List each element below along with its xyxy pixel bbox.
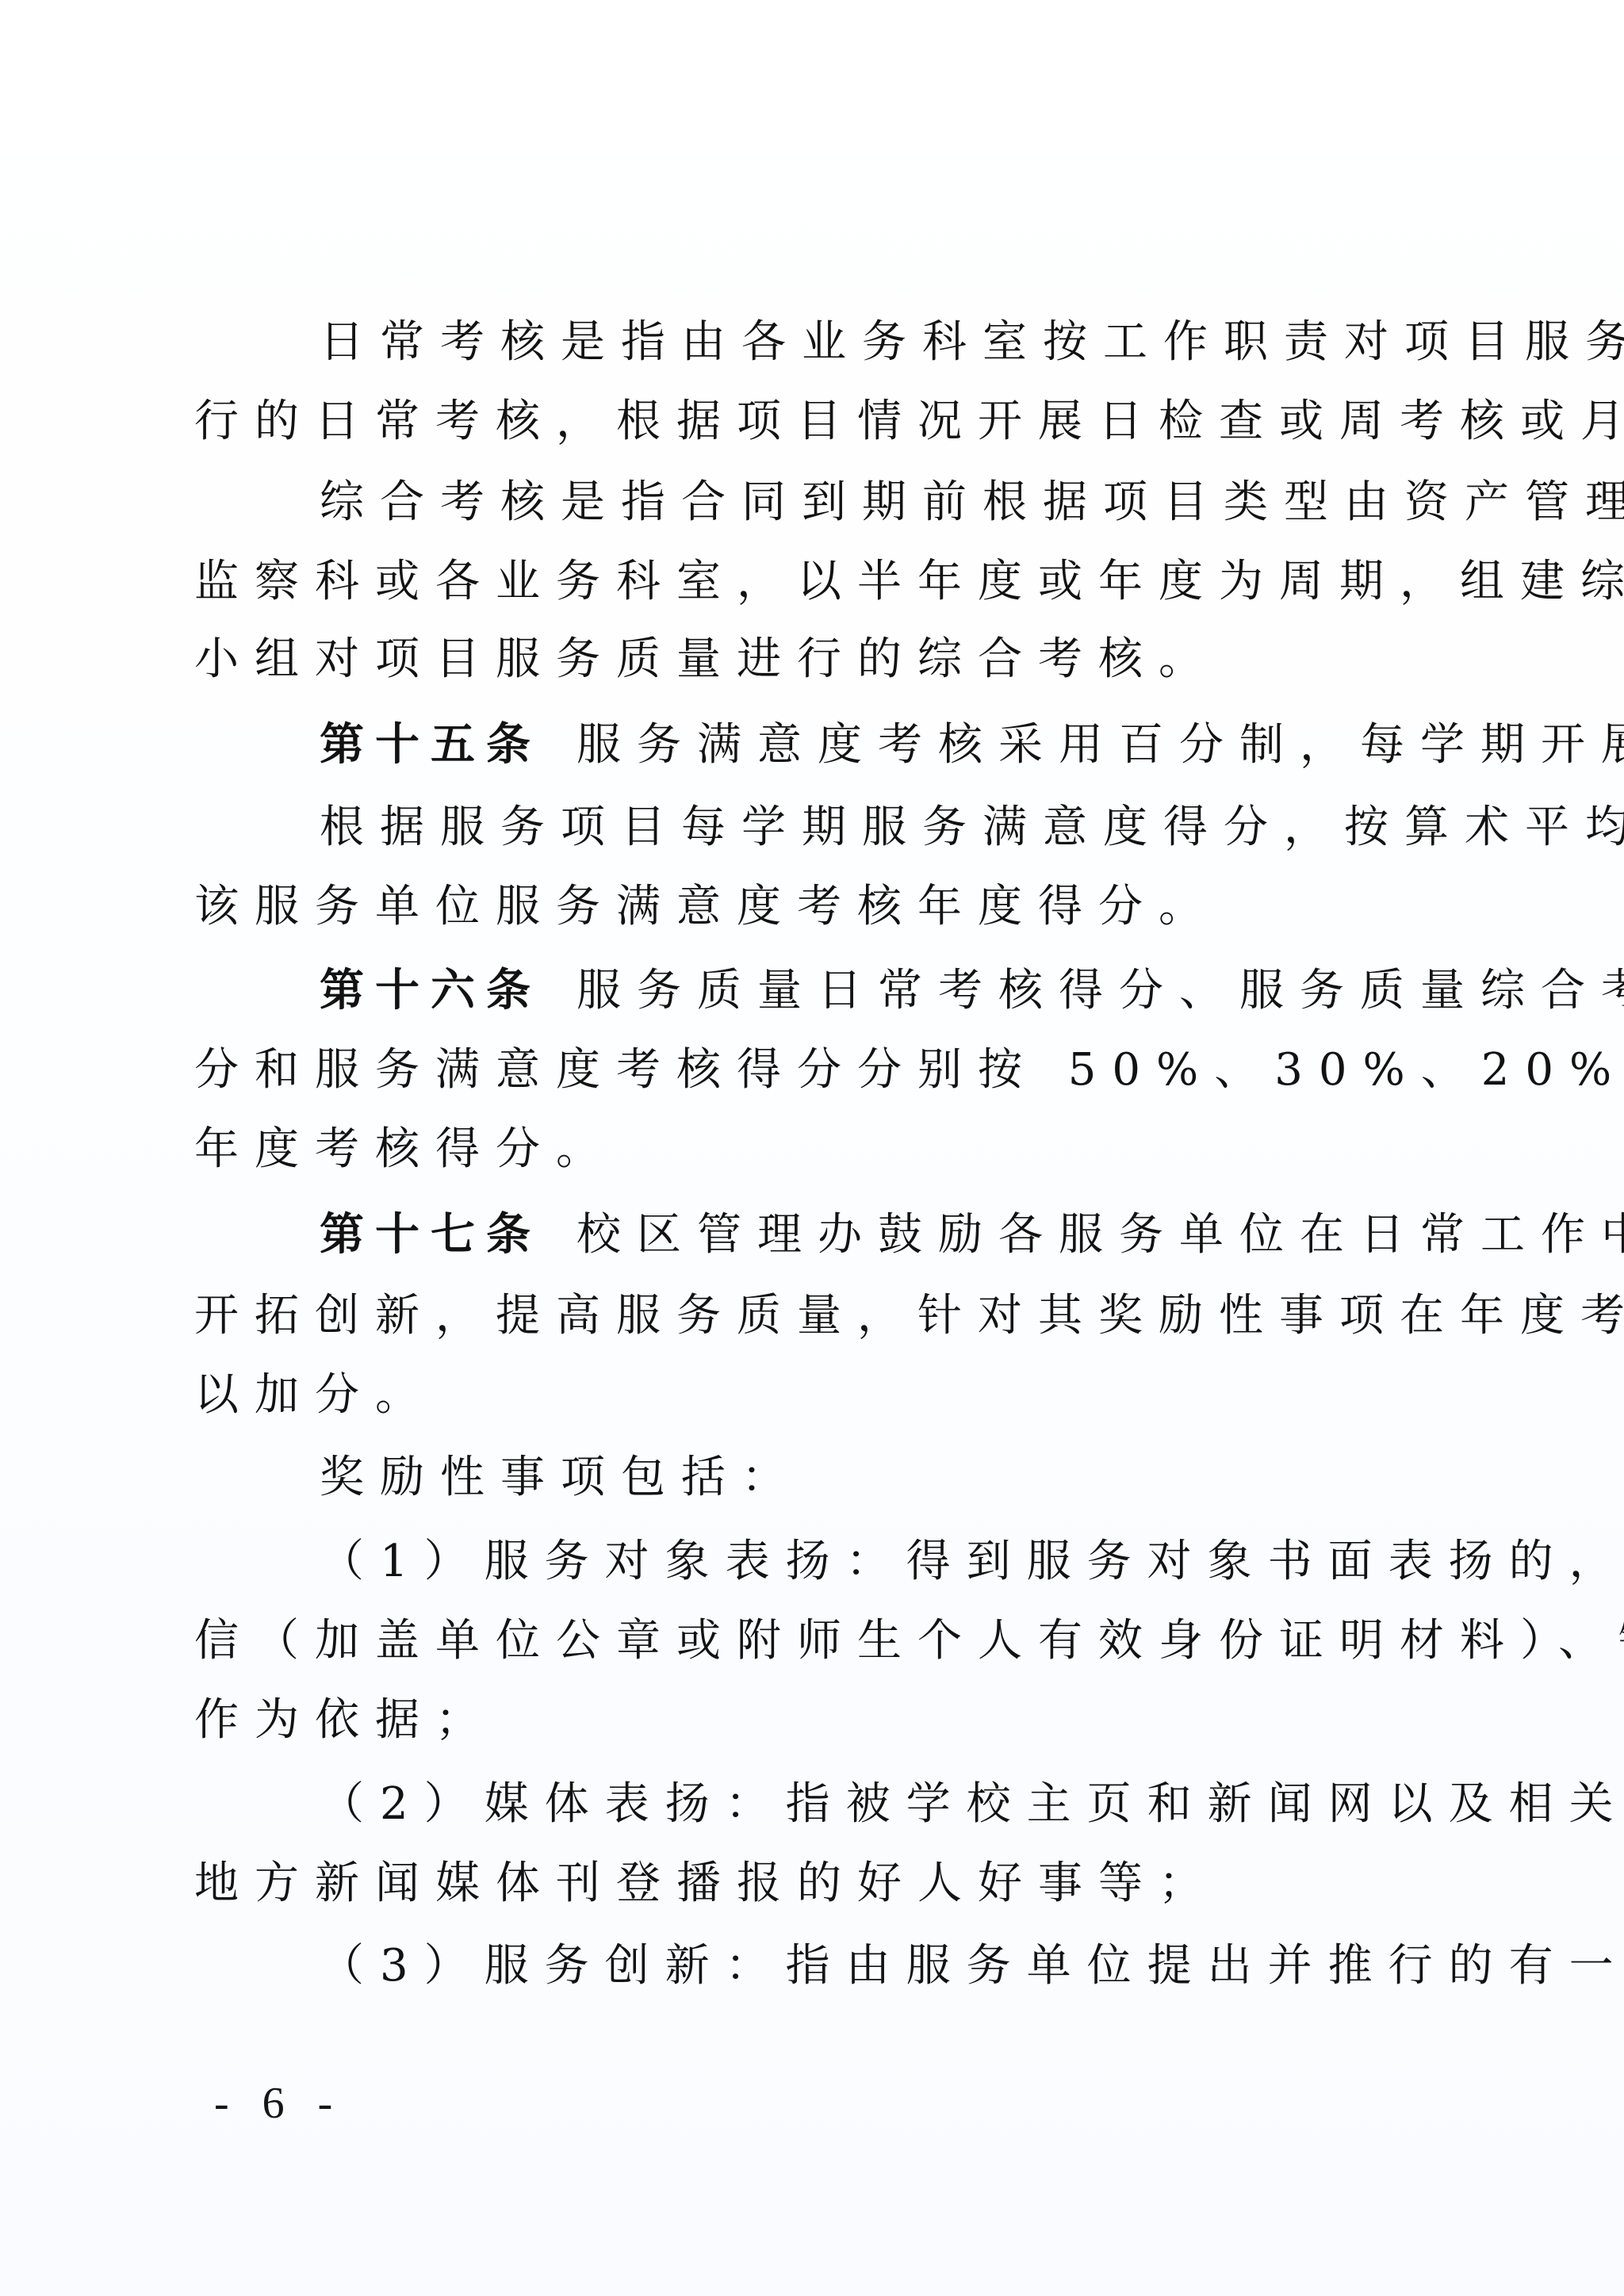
- document-page: 日常考核是指由各业务科室按工作职责对项目服务质量进 行的日常考核，根据项目情况开…: [0, 0, 1624, 2296]
- paragraph-line: 监察科或各业务科室，以半年度或年度为周期，组建综合考核: [194, 550, 1431, 614]
- page-number: - 6 -: [214, 2076, 343, 2131]
- paragraph-line: 奖励性事项包括：: [320, 1446, 1557, 1510]
- paragraph-line: 分和服务满意度考核得分分别按 50%、30%、20%计入服务单位: [194, 1039, 1431, 1102]
- article-16-line: 第十六条服务质量日常考核得分、服务质量综合考核得: [320, 959, 1557, 1023]
- list-item-3: （3）服务创新：指由服务单位提出并推行的有一定影响力: [320, 1934, 1557, 1998]
- paragraph-line: 日常考核是指由各业务科室按工作职责对项目服务质量进: [320, 311, 1557, 374]
- article-text: 校区管理办鼓励各服务单位在日常工作中不断: [576, 1209, 1624, 1261]
- article-number: 第十六条: [320, 965, 542, 1016]
- paragraph-line: 小组对项目服务质量进行的综合考核。: [194, 628, 1431, 691]
- article-text: 服务质量日常考核得分、服务质量综合考核得: [576, 965, 1624, 1016]
- list-item-1: （1）服务对象表扬：得到服务对象书面表扬的，应有表扬: [320, 1530, 1557, 1594]
- article-15-line: 第十五条服务满意度考核采用百分制，每学期开展一次。: [320, 714, 1557, 777]
- article-17-line: 第十七条校区管理办鼓励各服务单位在日常工作中不断: [320, 1203, 1557, 1267]
- paragraph-line: 作为依据；: [194, 1689, 1431, 1752]
- paragraph-line: 以加分。: [194, 1364, 1431, 1427]
- paragraph-line: 地方新闻媒体刊登播报的好人好事等；: [194, 1852, 1431, 1915]
- article-text: 服务满意度考核采用百分制，每学期开展一次。: [576, 719, 1624, 771]
- paragraph-line: 根据服务项目每学期服务满意度得分，按算术平均法计算: [320, 796, 1557, 859]
- paragraph-line: 年度考核得分。: [194, 1118, 1431, 1181]
- paragraph-line: 信（加盖单位公章或附师生个人有效身份证明材料）、锦旗等: [194, 1609, 1431, 1673]
- list-item-2: （2）媒体表扬：指被学校主页和新闻网以及相关协会网、: [320, 1773, 1557, 1836]
- paragraph-line: 行的日常考核，根据项目情况开展日检查或周考核或月考核。: [194, 390, 1431, 453]
- paragraph-line: 开拓创新，提高服务质量，针对其奖励性事项在年度考核中予: [194, 1284, 1431, 1348]
- paragraph-line: 综合考核是指合同到期前根据项目类型由资产管理与服务: [320, 471, 1557, 534]
- article-number: 第十七条: [320, 1209, 542, 1261]
- article-number: 第十五条: [320, 719, 542, 771]
- paragraph-line: 该服务单位服务满意度考核年度得分。: [194, 875, 1431, 939]
